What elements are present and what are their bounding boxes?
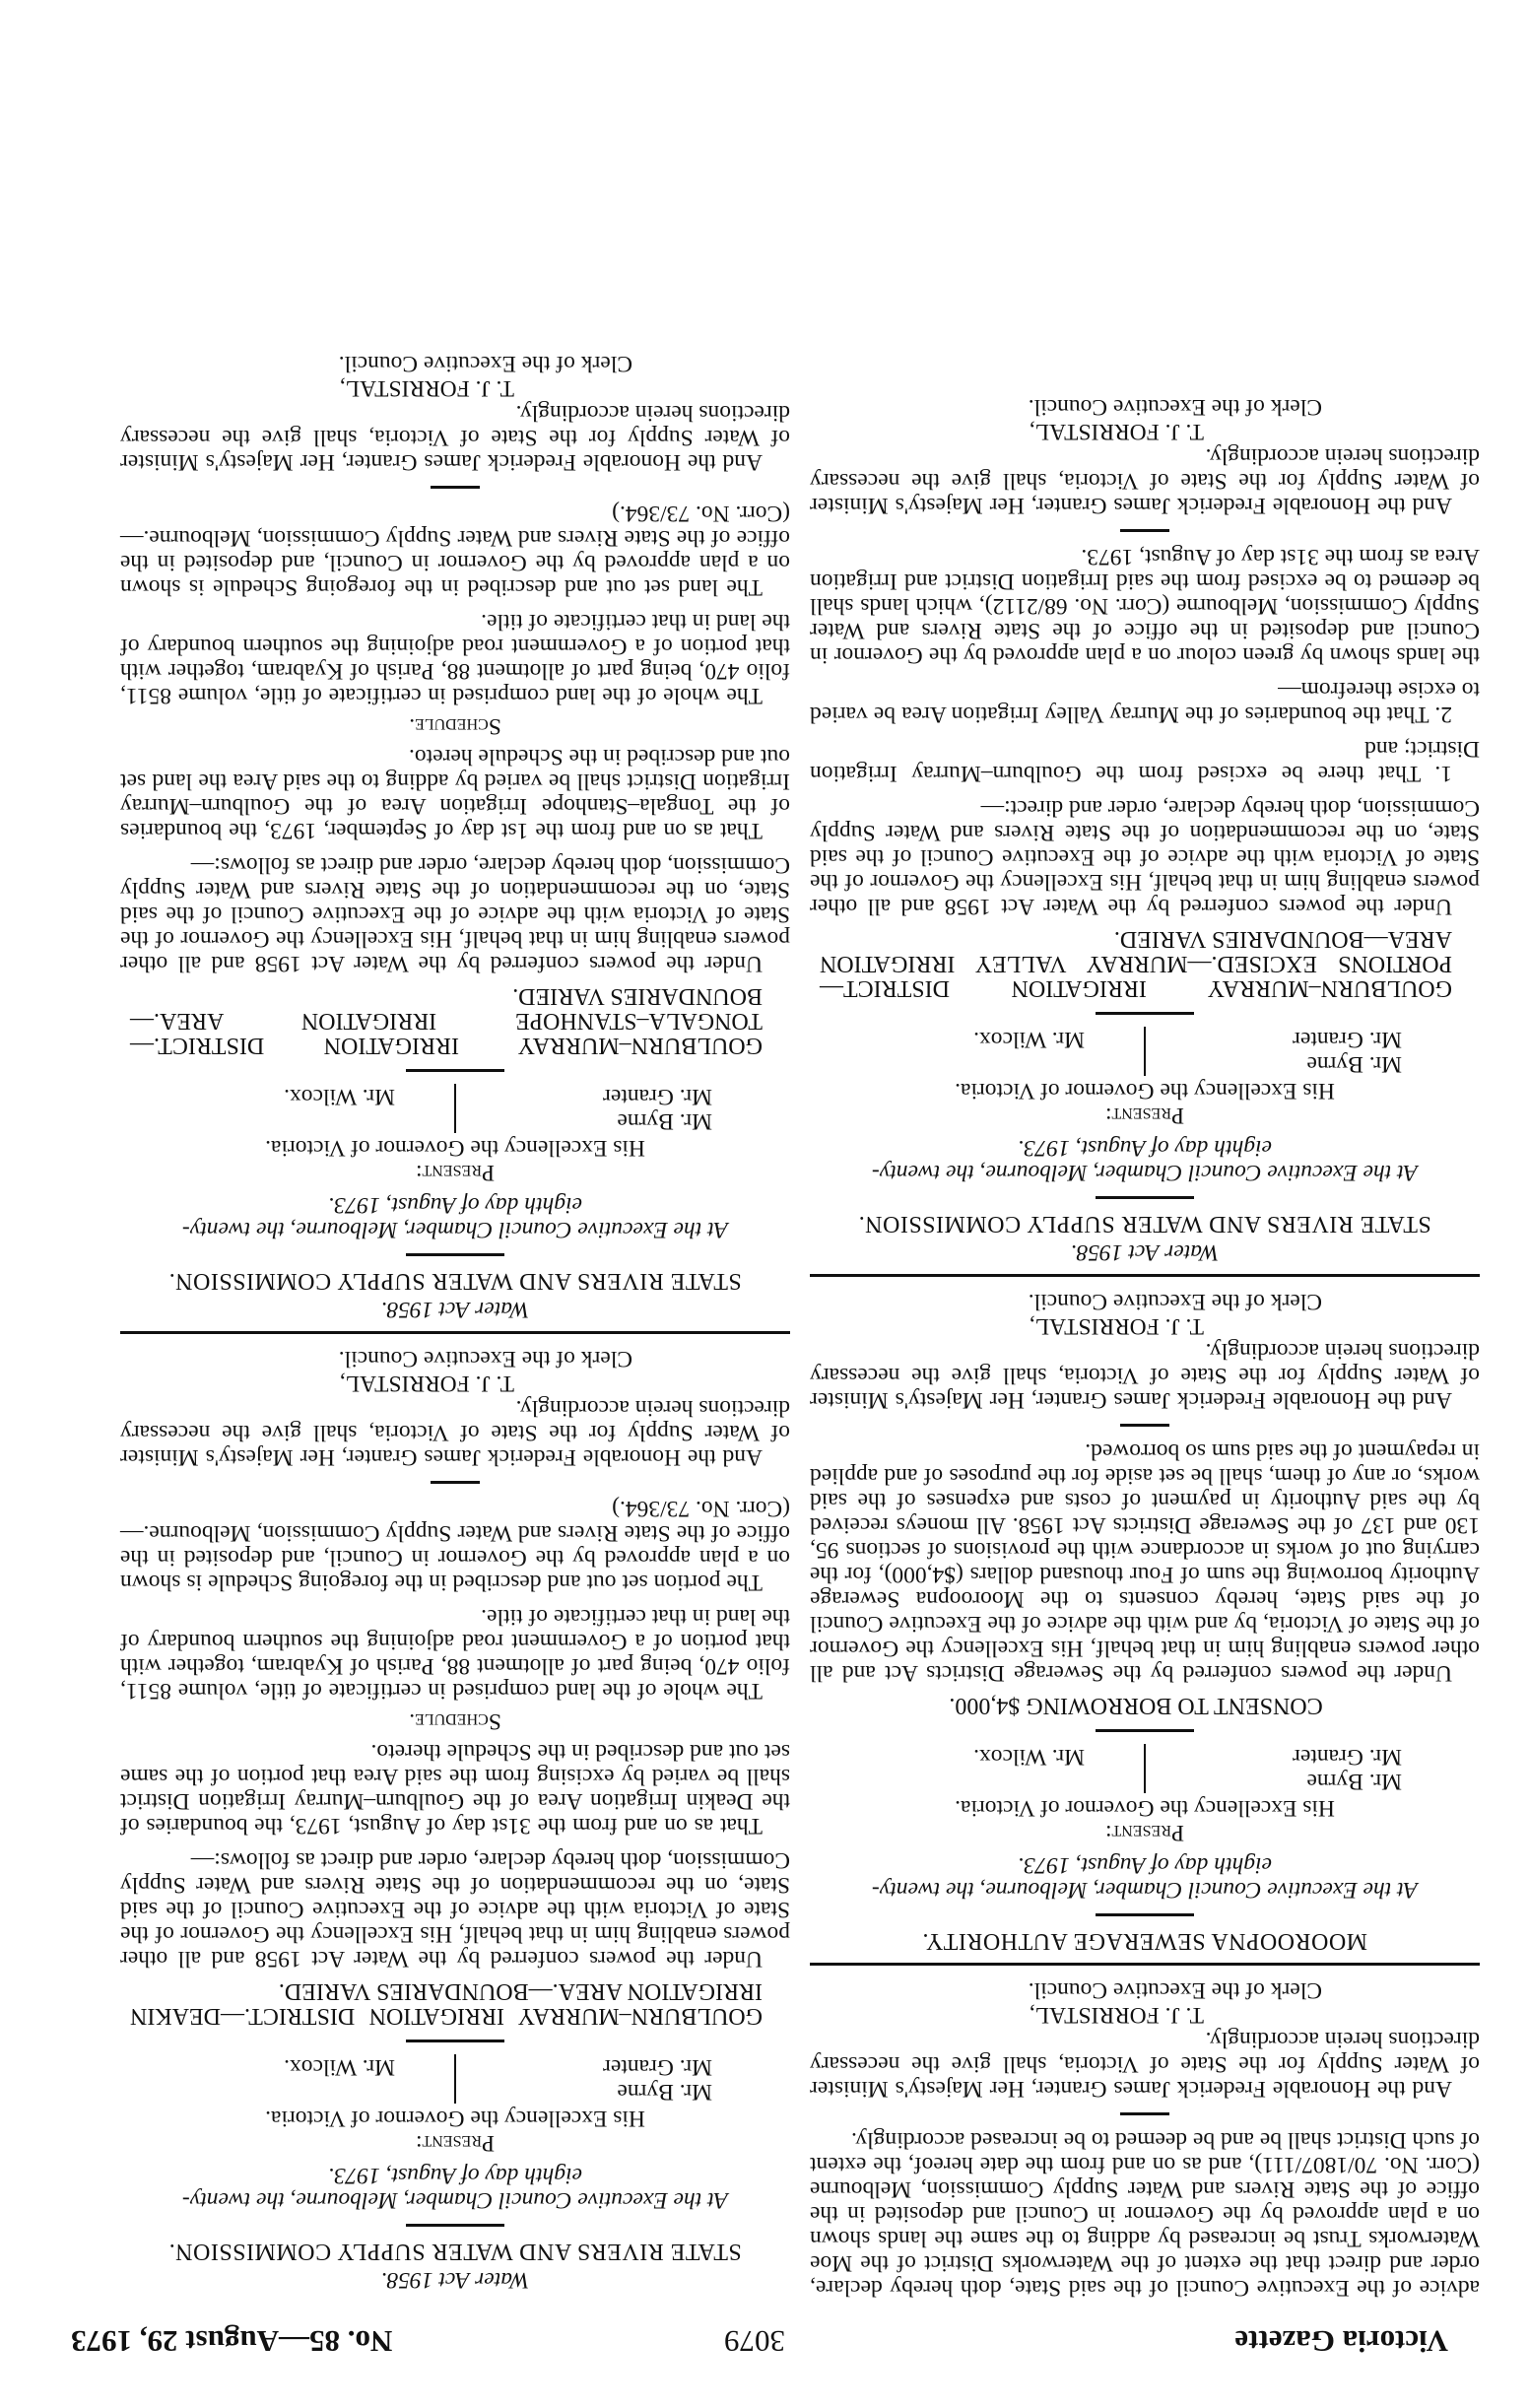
plan-reference: The land set out and described in the fo… [120,501,790,599]
signature-title: Clerk of the Executive Council. [810,1977,1480,2002]
signature-title: Clerk of the Executive Council. [120,1346,790,1371]
masthead: Victoria Gazette 3079 No. 85—August 29, … [71,2309,1470,2359]
act-title: Water Act 1958. [810,1239,1480,1264]
member: Mr. Granter [1205,1744,1402,1769]
divider [1096,1196,1194,1199]
council-chamber-line: At the Executive Council Chamber, Melbou… [810,1135,1480,1184]
signature-title: Clerk of the Executive Council. [810,1289,1480,1313]
signature-name: T. J. FORRISTAL, [120,375,790,400]
schedule-label: Schedule. [120,1708,790,1733]
act-title: Water Act 1958. [120,1297,790,1321]
divider [1120,529,1169,532]
members-present: Mr. Byrne Mr. Granter Mr. Wilcox. [120,1084,790,1133]
minister-direction: And the Honorable Frederick James Grante… [120,1395,790,1469]
page-number: 3079 [724,2323,785,2359]
brace-divider [454,2054,456,2104]
notice-org: STATE RIVERS AND WATER SUPPLY COMMISSION… [120,2239,790,2263]
signature-name: T. J. FORRISTAL, [810,419,1480,443]
governor-line: His Excellency the Governor of Victoria. [810,1078,1480,1103]
right-column: Water Act 1958. STATE RIVERS AND WATER S… [120,351,790,2300]
divider [1120,1424,1169,1427]
council-chamber-line: At the Executive Council Chamber, Melbou… [810,1852,1480,1902]
signature-name: T. J. FORRISTAL, [810,2002,1480,2027]
brace-divider [1144,1744,1146,1793]
present-label: Present: [120,2130,790,2155]
present-label: Present: [810,1103,1480,1127]
member: Mr. Granter [515,1084,712,1108]
notice-intro: Under the powers conferred by the Water … [120,852,790,975]
divider [1096,1913,1194,1916]
minister-direction: And the Honorable Frederick James Grante… [810,443,1480,517]
section-rule [810,1963,1480,1966]
notice-heading: CONSENT TO BORROWING $4,000. [810,1693,1480,1717]
order-item-2: 2. That the boundaries of the Murray Val… [810,677,1480,726]
member: Mr. Byrne [515,1108,712,1133]
lands-description: the lands shown by green colour on a pla… [810,544,1480,667]
notice-org: MOOROOPNA SEWERAGE AUTHORITY. [810,1928,1480,1953]
signature-name: T. J. FORRISTAL, [810,1313,1480,1338]
section-rule [120,1331,790,1334]
notice-org: STATE RIVERS AND WATER SUPPLY COMMISSION… [810,1211,1480,1236]
notice-order: That as on and from the 1st day of Septe… [120,744,790,842]
divider [1096,1729,1194,1732]
schedule-text: The whole of the land comprised in certi… [120,609,790,707]
minister-direction: And the Honorable Frederick James Grante… [810,2027,1480,2101]
minister-direction: And the Honorable Frederick James Grante… [120,400,790,474]
members-present: Mr. Byrne Mr. Granter Mr. Wilcox. [120,2054,790,2104]
brace-divider [454,1084,456,1133]
notice-order: That as on and from the 31st day of Augu… [120,1739,790,1838]
notice-intro: Under the powers conferred by the Water … [120,1847,790,1971]
council-chamber-line: At the Executive Council Chamber, Melbou… [120,2163,790,2212]
governor-line: His Excellency the Governor of Victoria. [120,1135,790,1160]
member: Mr. Granter [515,2054,712,2079]
divider [431,486,480,489]
left-column: advice of the Executive Council of the s… [810,394,1480,2300]
member: Mr. Wilcox. [973,1027,1085,1051]
member: Mr. Byrne [515,2079,712,2104]
governor-line: His Excellency the Governor of Victoria. [810,1795,1480,1820]
plan-reference: The portion set out and described in the… [120,1496,790,1594]
member: Mr. Byrne [1205,1051,1402,1076]
divider [406,2224,504,2227]
notice-heading: GOULBURN–MURRAY IRRIGATION DISTRICT.—TON… [120,983,790,1057]
member: Mr. Wilcox. [973,1744,1085,1769]
council-chamber-line: At the Executive Council Chamber, Melbou… [120,1192,790,1241]
signature-title: Clerk of the Executive Council. [810,394,1480,419]
divider [406,1253,504,1256]
member: Mr. Byrne [1205,1769,1402,1793]
schedule-label: Schedule. [120,713,790,738]
gazette-page: Victoria Gazette 3079 No. 85—August 29, … [0,0,1529,2408]
member: Mr. Wilcox. [284,2054,395,2079]
notice-org: STATE RIVERS AND WATER SUPPLY COMMISSION… [120,1268,790,1293]
publication-title: Victoria Gazette [1234,2323,1448,2359]
act-title: Water Act 1958. [120,2267,790,2292]
notice-heading: GOULBURN–MURRAY IRRIGATION DISTRICT—PORT… [810,926,1480,1000]
notice-body: Under the powers conferred by the Sewera… [810,1438,1480,1685]
present-label: Present: [810,1820,1480,1844]
issue-date: No. 85—August 29, 1973 [71,2323,392,2359]
divider [406,2040,504,2042]
divider [406,1069,504,1072]
brace-divider [1144,1027,1146,1076]
order-item-1: 1. That there be excised from the Goulbu… [810,736,1480,785]
members-present: Mr. Byrne Mr. Granter Mr. Wilcox. [810,1744,1480,1793]
divider [1120,2112,1169,2115]
member: Mr. Granter [1205,1027,1402,1051]
notice-heading: GOULBURN–MURRAY IRRIGATION DISTRICT.—DEA… [120,1978,790,2028]
divider [1096,1012,1194,1015]
governor-line: His Excellency the Governor of Victoria. [120,2106,790,2130]
members-present: Mr. Byrne Mr. Granter Mr. Wilcox. [810,1027,1480,1076]
notice-intro: Under the powers conferred by the Water … [810,795,1480,918]
signature-name: T. J. FORRISTAL, [120,1371,790,1395]
member: Mr. Wilcox. [284,1084,395,1108]
continued-paragraph: advice of the Executive Council of the s… [810,2127,1480,2300]
present-label: Present: [120,1160,790,1184]
divider [431,1481,480,1484]
schedule-text: The whole of the land comprised in certi… [120,1604,790,1703]
minister-direction: And the Honorable Frederick James Grante… [810,1338,1480,1412]
section-rule [810,1274,1480,1277]
signature-title: Clerk of the Executive Council. [120,351,790,375]
